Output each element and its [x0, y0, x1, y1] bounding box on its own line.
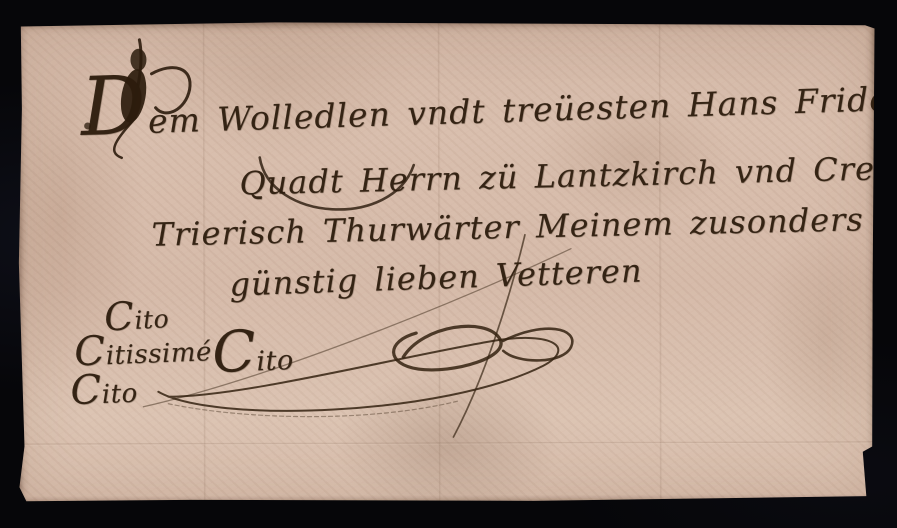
fold-crease-horizontal: [18, 441, 876, 446]
cito-annotation-3: Cito: [70, 369, 139, 412]
cito-annotation-right: Cito: [211, 322, 294, 382]
address-line-3: Trierisch Thurwärter Meinem zusonders gr…: [151, 201, 897, 251]
address-line-2: Quadt Herrn zü Lantzkirch vnd Creuberg, …: [239, 147, 897, 200]
address-block: Dem Wolledlen vndt treüesten Hans Frider…: [17, 20, 875, 22]
folded-letter: Dem Wolledlen vndt treüesten Hans Frider…: [17, 20, 876, 504]
speed-annotation-block: Cito Citissimé Cito Cito: [17, 20, 875, 22]
photo-background: Dem Wolledlen vndt treüesten Hans Frider…: [0, 0, 897, 528]
address-line-4: günstig lieben Vetteren: [229, 255, 643, 301]
